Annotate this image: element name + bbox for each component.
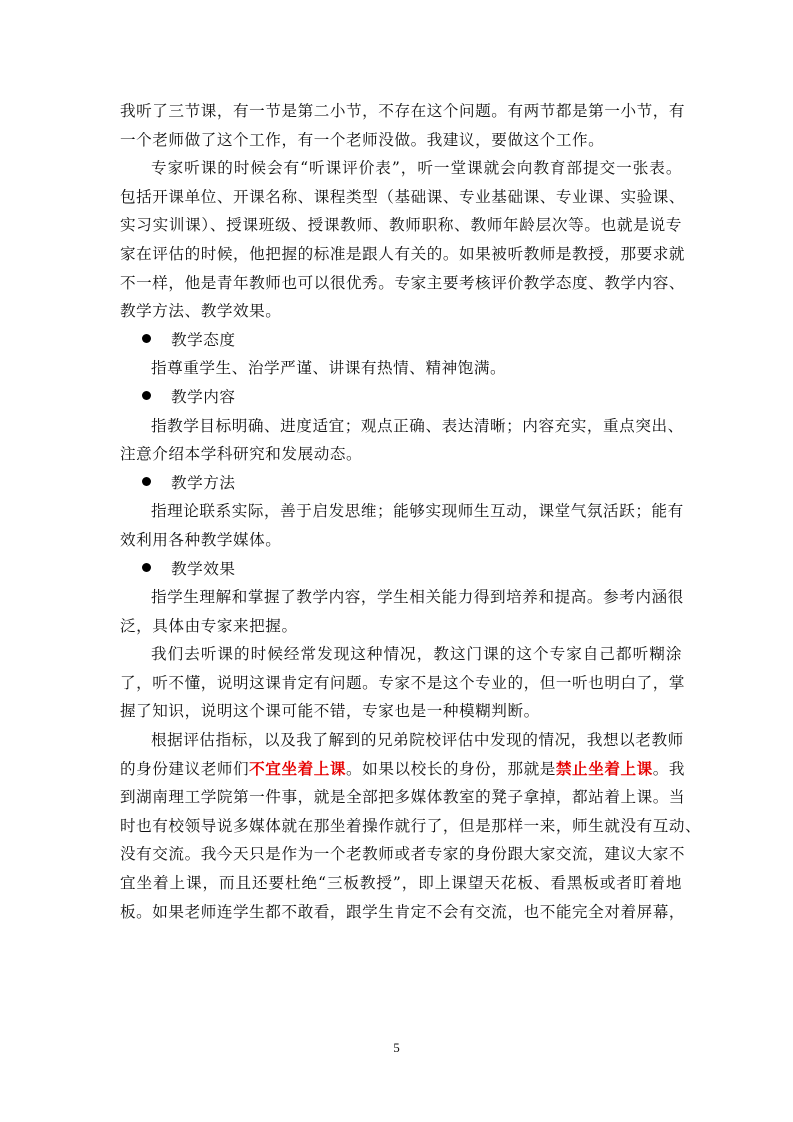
- paragraph-line: 注意介绍本学科研究和发展动态。: [120, 440, 682, 469]
- bullet-label: 教学态度: [171, 331, 236, 349]
- paragraph-line: 时也有校领导说多媒体就在那坐着操作就行了，但是那样一来，师生就没有互动、: [120, 812, 682, 841]
- document-page: 我听了三节课，有一节是第二小节，不存在这个问题。有两节都是第一小节，有 一个老师…: [120, 97, 682, 926]
- paragraph-line: 没有交流。我今天只是作为一个老教师或者专家的身份跟大家交流，建议大家不: [120, 840, 682, 869]
- paragraph-line: 宜坐着上课，而且还要杜绝“三板教授”，即上课望天花板、看黑板或者盯着地: [120, 869, 682, 898]
- paragraph-line-highlighted: 的身份建议老师们不宜坐着上课。如果以校长的身份，那就是禁止坐着上课。我: [120, 755, 682, 784]
- paragraph-line: 实习实训课）、授课班级、授课教师、教师职称、教师年龄层次等。也就是说专: [120, 211, 682, 240]
- text-span: 。如果以校长的身份，那就是: [346, 760, 556, 778]
- paragraph-line: 我听了三节课，有一节是第二小节，不存在这个问题。有两节都是第一小节，有: [120, 97, 682, 126]
- bullet-label: 教学效果: [171, 560, 236, 578]
- page-number: 5: [0, 1040, 793, 1056]
- paragraph-line: 握了知识，说明这个课可能不错，专家也是一种模糊判断。: [120, 697, 682, 726]
- paragraph-line: 泛，具体由专家来把握。: [120, 612, 682, 641]
- text-span: 。我: [653, 760, 685, 778]
- bullet-label: 教学方法: [171, 474, 236, 492]
- highlight-not-sitting: 不宜坐着上课: [249, 759, 346, 778]
- paragraph-line: 一个老师做了这个工作，有一个老师没做。我建议，要做这个工作。: [120, 126, 682, 155]
- bullet-icon: [142, 563, 151, 572]
- paragraph-line: 板。如果老师连学生都不敢看，跟学生肯定不会有交流，也不能完全对着屏幕，: [120, 898, 682, 927]
- paragraph-line: 指学生理解和掌握了教学内容，学生相关能力得到培养和提高。参考内涵很: [120, 583, 682, 612]
- bullet-icon: [142, 334, 151, 343]
- paragraph-line: 指尊重学生、治学严谨、讲课有热情、精神饱满。: [120, 354, 682, 383]
- highlight-forbid-sitting: 禁止坐着上课: [556, 759, 653, 778]
- bullet-item-teaching-effect: 教学效果: [120, 555, 682, 584]
- bullet-icon: [142, 391, 151, 400]
- paragraph-line: 教学方法、教学效果。: [120, 297, 682, 326]
- paragraph-line: 包括开课单位、开课名称、课程类型（基础课、专业基础课、专业课、实验课、: [120, 183, 682, 212]
- bullet-item-teaching-content: 教学内容: [120, 383, 682, 412]
- bullet-icon: [142, 477, 151, 486]
- bullet-label: 教学内容: [171, 388, 236, 406]
- paragraph-line: 根据评估指标，以及我了解到的兄弟院校评估中发现的情况，我想以老教师: [120, 726, 682, 755]
- paragraph-line: 指理论联系实际，善于启发思维；能够实现师生互动，课堂气氛活跃；能有: [120, 497, 682, 526]
- paragraph-line: 到湖南理工学院第一件事，就是全部把多媒体教室的凳子拿掉，都站着上课。当: [120, 783, 682, 812]
- paragraph-line: 指教学目标明确、进度适宜；观点正确、表达清晰；内容充实，重点突出、: [120, 412, 682, 441]
- bullet-item-teaching-attitude: 教学态度: [120, 326, 682, 355]
- paragraph-line: 我们去听课的时候经常发现这种情况，教这门课的这个专家自己都听糊涂: [120, 640, 682, 669]
- paragraph-line: 了，听不懂，说明这课肯定有问题。专家不是这个专业的，但一听也明白了，掌: [120, 669, 682, 698]
- text-span: 的身份建议老师们: [120, 760, 249, 778]
- bullet-item-teaching-method: 教学方法: [120, 469, 682, 498]
- paragraph-line: 效利用各种教学媒体。: [120, 526, 682, 555]
- paragraph-line: 专家听课的时候会有“听课评价表”，听一堂课就会向教育部提交一张表。: [120, 154, 682, 183]
- paragraph-line: 不一样，他是青年教师也可以很优秀。专家主要考核评价教学态度、教学内容、: [120, 269, 682, 298]
- paragraph-line: 家在评估的时候，他把握的标准是跟人有关的。如果被听教师是教授，那要求就: [120, 240, 682, 269]
